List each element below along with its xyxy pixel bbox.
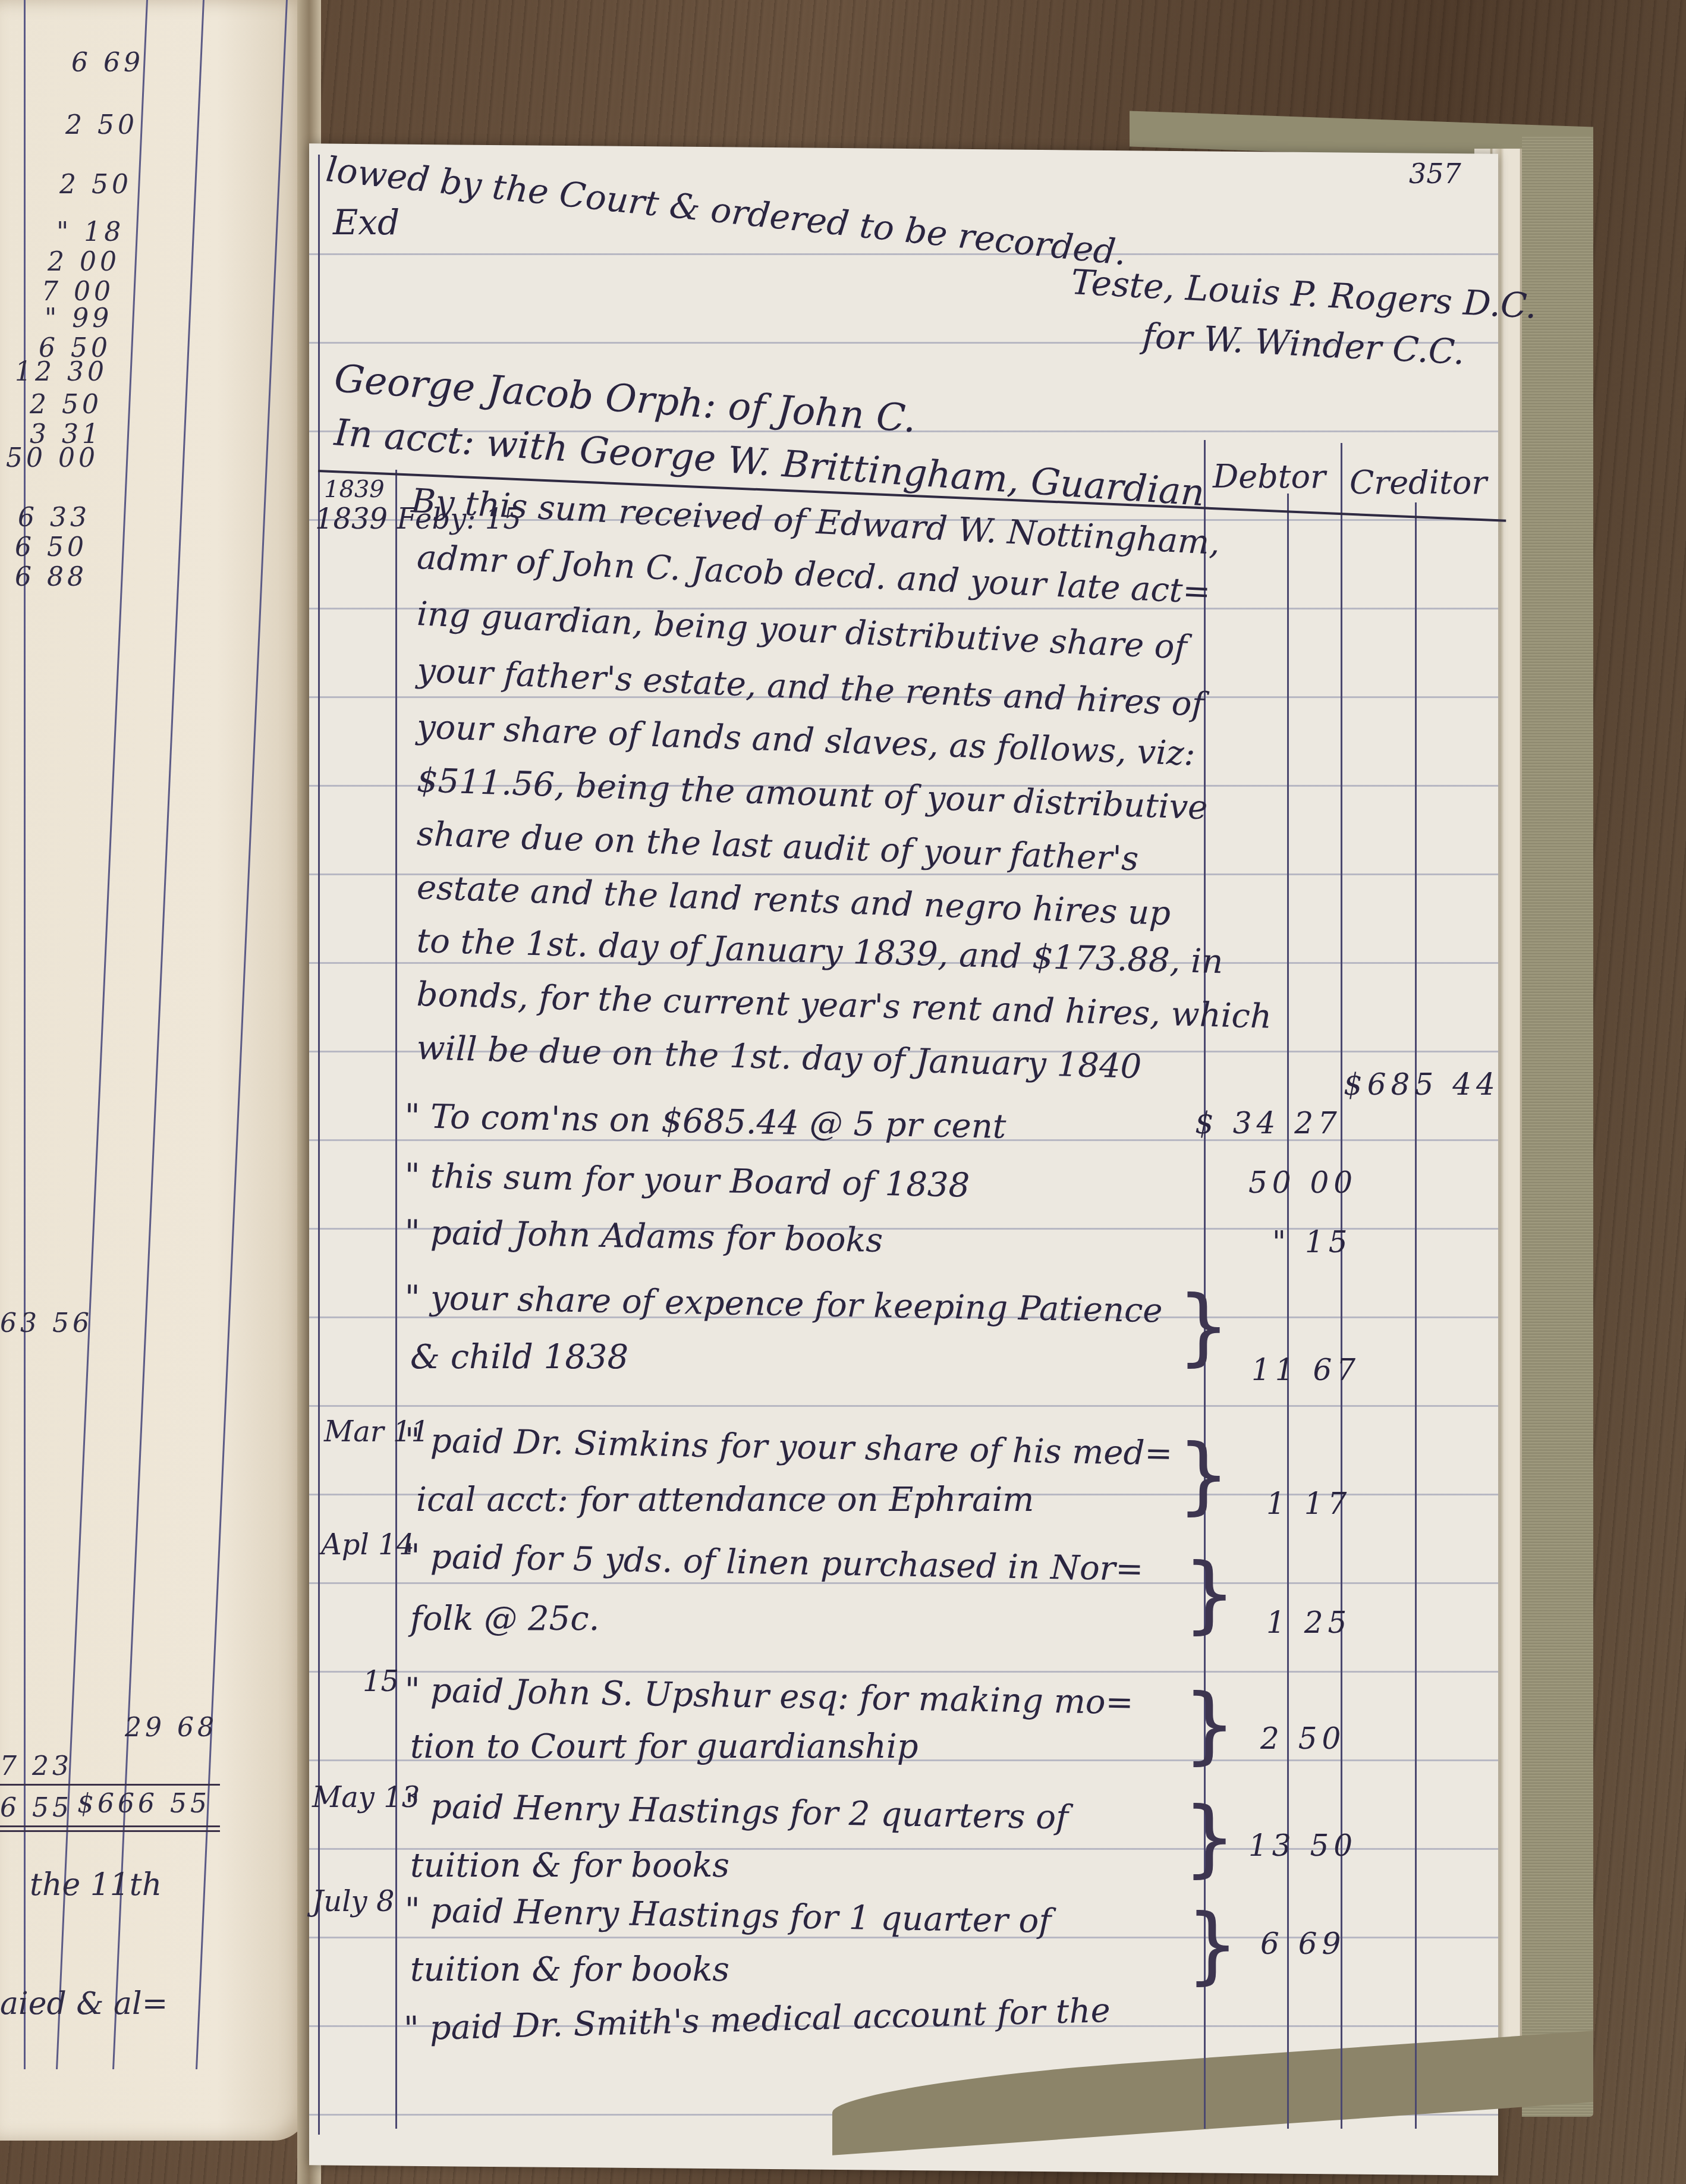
entry-text-line: ical acct: for attendance on Ephraim [416,1481,1034,1519]
debtor-amount: 13 50 [1248,1828,1357,1863]
total-rule [0,1784,220,1786]
debtor-amount: 50 00 [1248,1165,1357,1200]
debtor-amount: $ 34 27 [1195,1106,1342,1140]
total-rule [0,1830,220,1832]
entry-date: Apl 14 [321,1528,414,1561]
page-number: 357 [1409,158,1461,190]
creditor-column-header: Creditor [1350,464,1487,501]
left-amount: 6 50 [15,532,87,563]
left-amount: 12 30 [15,357,108,387]
brace-icon: } [1177,1278,1230,1375]
left-amount: 6 33 [18,502,90,533]
left-total: 6 55 [0,1793,73,1823]
brace-icon: } [1183,1790,1236,1887]
cover-cloth-edge [1522,137,1593,2117]
left-grand-total: $666 55 [77,1789,210,1819]
left-amount: 50 00 [6,443,99,473]
creditor-amount: $685 44 [1344,1067,1500,1102]
left-amount: 29 68 [125,1712,218,1743]
left-page-rule [112,0,205,2069]
entry-date: May 13 [312,1781,420,1814]
left-amount: 2 50 [59,169,132,200]
left-amount: " 18 [56,217,124,247]
left-amount: 2 50 [30,389,102,420]
entry-text-line: folk @ 25c. [410,1599,599,1638]
brace-icon: } [1183,1677,1236,1774]
left-amount: 63 56 [0,1308,93,1338]
page-margin-rule [318,155,320,2135]
left-footer-text: the 11th [30,1867,162,1903]
brace-icon: } [1177,1427,1230,1524]
debtor-cents-rule [1287,494,1289,2129]
entry-date: 15 [363,1665,399,1698]
brace-icon: } [1183,1546,1236,1643]
debtor-amount: 1 25 [1266,1605,1351,1640]
date-column-rule [395,470,397,2129]
brace-icon: } [1186,1897,1239,1994]
left-page-rule [196,0,288,2069]
left-amount: " 99 [45,303,112,334]
debtor-amount: 11 67 [1251,1353,1360,1387]
entry-text-line: & child 1838 [410,1338,628,1377]
left-amount: 7 00 [42,276,114,307]
creditor-cents-rule [1415,502,1417,2129]
left-page: 6 69 2 50 2 50 " 18 2 00 7 00 " 99 6 50 … [0,0,309,2141]
entry-year: 1839 [324,476,385,503]
debtor-column-header: Debtor [1213,458,1326,495]
left-footer-text: aied & al= [0,1986,168,2022]
debtor-amount: 2 50 [1260,1721,1345,1756]
entry-date: July 8 [312,1885,394,1918]
debtor-amount: 6 69 [1260,1927,1345,1961]
total-rule [0,1825,220,1827]
left-amount: 7 23 [0,1751,73,1781]
left-amount: 2 00 [48,247,120,277]
debtor-amount: 1 17 [1266,1487,1351,1521]
entry-text-line: tion to Court for guardianship [410,1727,919,1766]
left-amount: 6 88 [15,562,87,592]
creditor-column-rule [1341,443,1342,2129]
entry-text-line: tuition & for books [410,1846,729,1885]
left-amount: 2 50 [65,110,138,140]
intro-line: Exd [333,202,400,243]
entry-text-line: tuition & for books [410,1950,729,1989]
left-amount: 6 69 [71,48,144,78]
debtor-amount: " 15 [1272,1225,1352,1259]
